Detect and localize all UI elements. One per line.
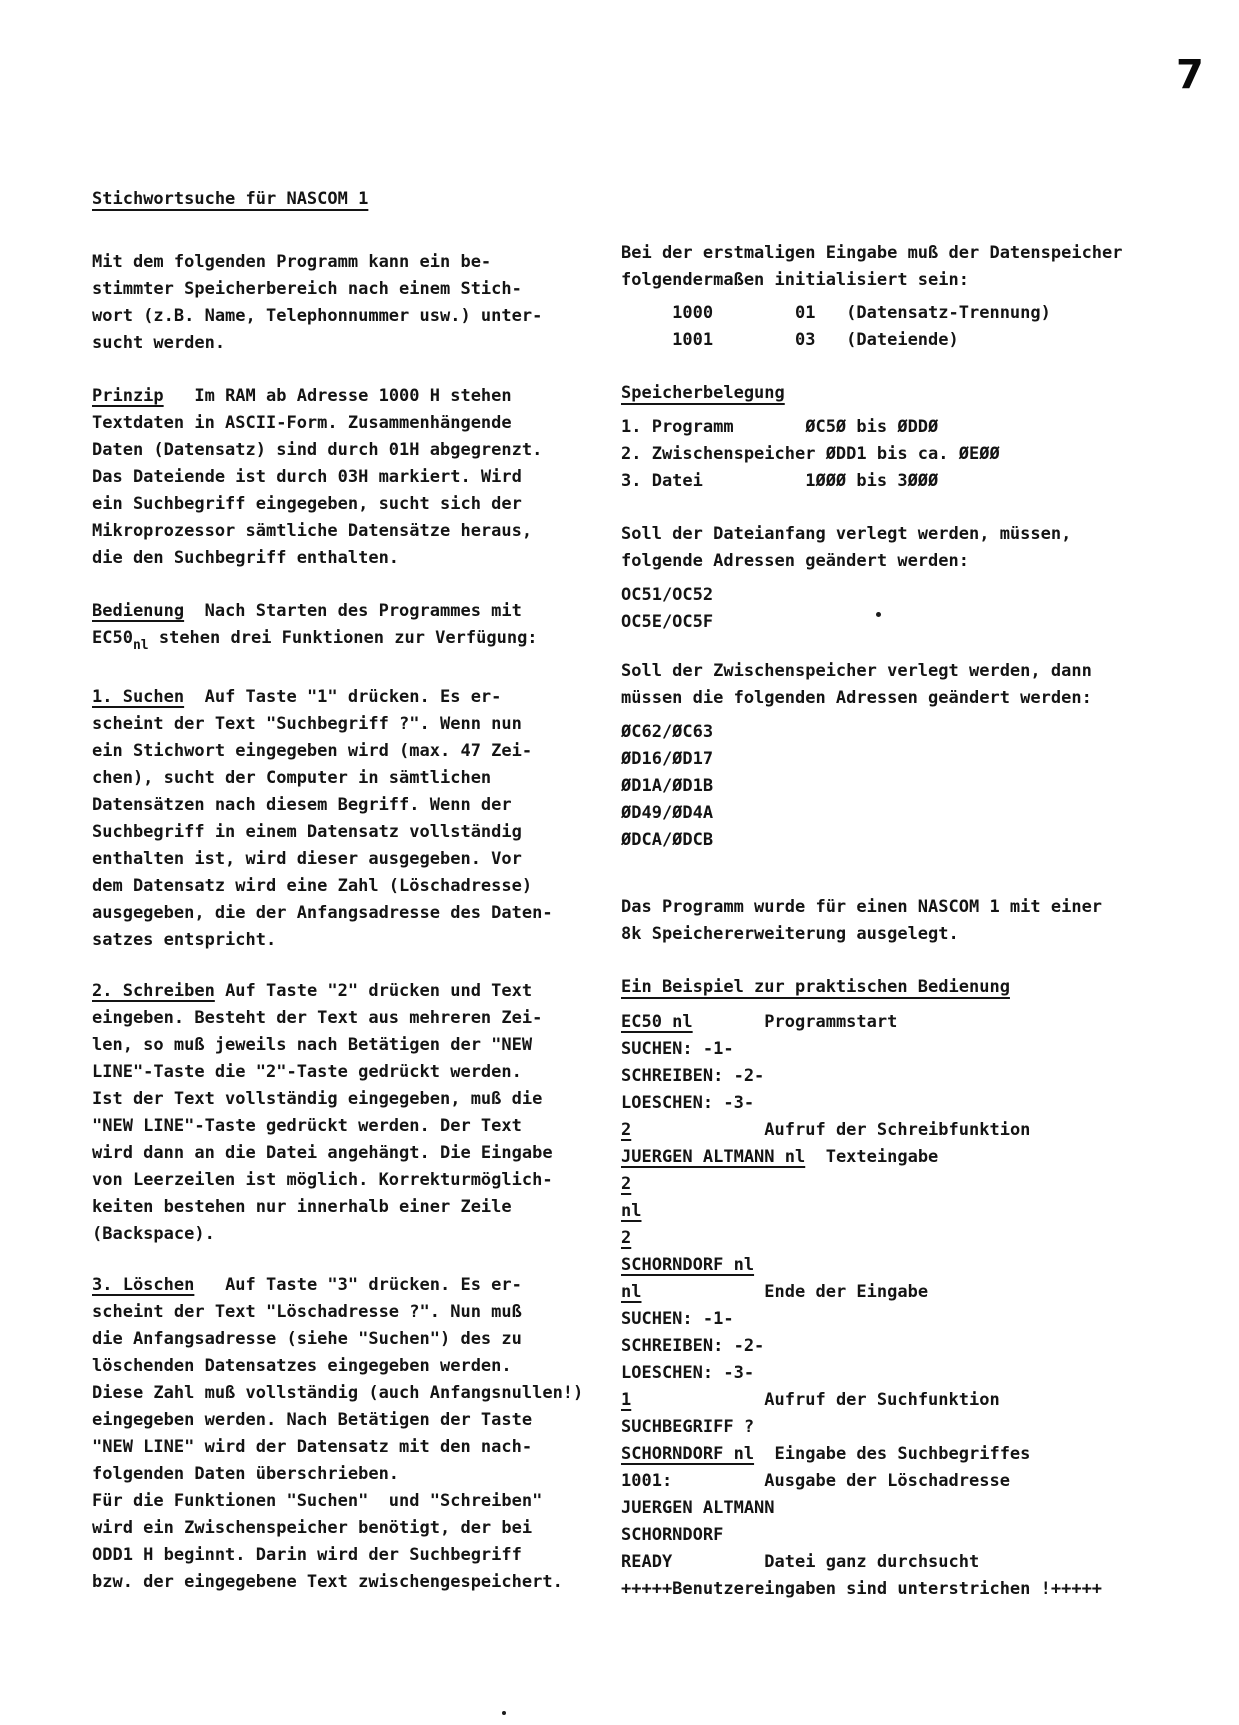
- listing-row: SCHORNDORF nl Eingabe des Suchbegriffes: [621, 1441, 1211, 1468]
- text-line: scheint der Text "Löschadresse ?". Nun m…: [92, 1299, 612, 1326]
- speicher-row: 1. Programm ØC5Ø bis ØDDØ: [621, 414, 1211, 441]
- listing-comment: Ausgabe der Löschadresse: [672, 1471, 1010, 1491]
- stray-mark: [876, 612, 881, 617]
- listing-row: JUERGEN ALTMANN: [621, 1495, 1211, 1522]
- section-lead: 3. Löschen: [92, 1275, 194, 1295]
- text-line: Suchbegriff in einem Datensatz vollständ…: [92, 819, 612, 846]
- text-line: stimmter Speicherbereich nach einem Stic…: [92, 276, 612, 303]
- speicher-row: 3. Datei 1ØØØ bis 3ØØØ: [621, 468, 1211, 495]
- text-line: Soll der Dateianfang verlegt werden, müs…: [621, 521, 1211, 548]
- section-first-line: 2. Schreiben Auf Taste "2" drücken und T…: [92, 978, 612, 1005]
- init-table: 1000 01 (Datensatz-Trennung) 1001 03 (Da…: [621, 300, 1211, 354]
- section-lead-rest: Auf Taste "3" drücken. Es er-: [194, 1275, 522, 1295]
- ec50-subscript: nl: [133, 638, 149, 653]
- section-body: scheint der Text "Suchbegriff ?". Wenn n…: [92, 711, 612, 954]
- speicher-rows: 1. Programm ØC5Ø bis ØDDØ2. Zwischenspei…: [621, 414, 1211, 495]
- text-line: LINE"-Taste die "2"-Taste gedrückt werde…: [92, 1059, 612, 1086]
- section-lead: Prinzip: [92, 386, 164, 406]
- text-line: die Anfangsadresse (siehe "Suchen") des …: [92, 1326, 612, 1353]
- listing-row: SUCHEN: -1-: [621, 1036, 1211, 1063]
- listing-user-input: SCHORNDORF nl: [621, 1255, 754, 1275]
- listing-row: nl Ende der Eingabe: [621, 1279, 1211, 1306]
- listing-row: 1 Aufruf der Suchfunktion: [621, 1387, 1211, 1414]
- text-line: folgende Adressen geändert werden:: [621, 548, 1211, 575]
- text-line: eingeben. Besteht der Text aus mehreren …: [92, 1005, 612, 1032]
- listing-output: SUCHBEGRIFF ?: [621, 1417, 754, 1437]
- nascom-note: Das Programm wurde für einen NASCOM 1 mi…: [621, 894, 1211, 948]
- text-line: wird ein Zwischenspeicher benötigt, der …: [92, 1515, 612, 1542]
- text-line: Für die Funktionen "Suchen" und "Schreib…: [92, 1488, 612, 1515]
- text-line: Mikroprozessor sämtliche Datensätze hera…: [92, 518, 612, 545]
- text-line: 8k Speichererweiterung ausgelegt.: [621, 921, 1211, 948]
- text-line: Das Programm wurde für einen NASCOM 1 mi…: [621, 894, 1211, 921]
- section-body: eingeben. Besteht der Text aus mehreren …: [92, 1005, 612, 1248]
- listing-row: READY Datei ganz durchsucht: [621, 1549, 1211, 1576]
- left-heading: Stichwortsuche für NASCOM 1: [92, 186, 612, 213]
- text-line: ausgegeben, die der Anfangsadresse des D…: [92, 900, 612, 927]
- text-line: folgendermaßen initialisiert sein:: [621, 267, 1211, 294]
- listing-row: SUCHBEGRIFF ?: [621, 1414, 1211, 1441]
- listing-row: +++++Benutzereingaben sind unterstrichen…: [621, 1576, 1211, 1603]
- text-line: OC51/OC52: [621, 582, 1211, 609]
- dateianfang-addresses: OC51/OC52OC5E/OC5F: [621, 582, 1211, 636]
- section-lead-rest: Im RAM ab Adresse 1000 H stehen: [164, 386, 512, 406]
- listing-row: EC50 nl Programmstart: [621, 1009, 1211, 1036]
- listing-row: 2 Aufruf der Schreibfunktion: [621, 1117, 1211, 1144]
- stray-mark: [502, 1711, 506, 1715]
- text-line: eingegeben werden. Nach Betätigen der Ta…: [92, 1407, 612, 1434]
- listing-row: LOESCHEN: -3-: [621, 1090, 1211, 1117]
- text-line: ØC62/ØC63: [621, 719, 1211, 746]
- zwischen-intro: Soll der Zwischenspeicher verlegt werden…: [621, 658, 1211, 712]
- text-line: von Leerzeilen ist möglich. Korrekturmög…: [92, 1167, 612, 1194]
- listing-user-input: JUERGEN ALTMANN nl: [621, 1147, 805, 1167]
- text-line: Ist der Text vollständig eingegeben, muß…: [92, 1086, 612, 1113]
- listing-comment: Eingabe des Suchbegriffes: [754, 1444, 1030, 1464]
- text-line: löschenden Datensatzes eingegeben werden…: [92, 1353, 612, 1380]
- text-line: "NEW LINE"-Taste gedrückt werden. Der Te…: [92, 1113, 612, 1140]
- scanned-document-page: 7 Stichwortsuche für NASCOM 1 Mit dem fo…: [0, 0, 1239, 1725]
- listing-comment: Aufruf der Suchfunktion: [631, 1390, 999, 1410]
- text-line: dem Datensatz wird eine Zahl (Löschadres…: [92, 873, 612, 900]
- text-line: scheint der Text "Suchbegriff ?". Wenn n…: [92, 711, 612, 738]
- listing-user-input: nl: [621, 1282, 641, 1302]
- text-line: müssen die folgenden Adressen geändert w…: [621, 685, 1211, 712]
- listing-user-input: 2: [621, 1120, 631, 1140]
- left-column: Stichwortsuche für NASCOM 1 Mit dem folg…: [92, 186, 612, 1596]
- ec50-label: EC50: [92, 628, 133, 648]
- text-line: enthalten ist, wird dieser ausgegeben. V…: [92, 846, 612, 873]
- init-intro: Bei der erstmaligen Eingabe muß der Date…: [621, 240, 1211, 294]
- text-line: keiten bestehen nur innerhalb einer Zeil…: [92, 1194, 612, 1221]
- section-first-line: 1. Suchen Auf Taste "1" drücken. Es er-: [92, 684, 612, 711]
- text-line: wort (z.B. Name, Telephonnummer usw.) un…: [92, 303, 612, 330]
- listing-output: READY: [621, 1552, 672, 1572]
- listing-output: SUCHEN: -1-: [621, 1309, 734, 1329]
- section-lead-rest: Nach Starten des Programmes mit: [184, 601, 522, 621]
- listing-user-input: 2: [621, 1228, 631, 1248]
- listing-comment: Aufruf der Schreibfunktion: [631, 1120, 1030, 1140]
- speicher-heading: Speicherbelegung: [621, 380, 1211, 407]
- beispiel-heading: Ein Beispiel zur praktischen Bedienung: [621, 974, 1211, 1001]
- text-line: Bei der erstmaligen Eingabe muß der Date…: [621, 240, 1211, 267]
- section-lead: 2. Schreiben: [92, 981, 215, 1001]
- section-suchen: 1. Suchen Auf Taste "1" drücken. Es er- …: [92, 684, 612, 954]
- text-line: Daten (Datensatz) sind durch 01H abgegre…: [92, 437, 612, 464]
- section-loeschen: 3. Löschen Auf Taste "3" drücken. Es er-…: [92, 1272, 612, 1596]
- listing-row: SUCHEN: -1-: [621, 1306, 1211, 1333]
- section-lead-rest: Auf Taste "2" drücken und Text: [215, 981, 532, 1001]
- listing-row: SCHREIBEN: -2-: [621, 1333, 1211, 1360]
- text-line: satzes entspricht.: [92, 927, 612, 954]
- listing-user-input: 2: [621, 1174, 631, 1194]
- text-line: (Backspace).: [92, 1221, 612, 1248]
- text-line: Soll der Zwischenspeicher verlegt werden…: [621, 658, 1211, 685]
- listing-user-input: SCHORNDORF nl: [621, 1444, 754, 1464]
- bedienung-line2: EC50nl stehen drei Funktionen zur Verfüg…: [92, 625, 612, 659]
- text-line: "NEW LINE" wird der Datensatz mit den na…: [92, 1434, 612, 1461]
- listing-row: nl: [621, 1198, 1211, 1225]
- section-body: scheint der Text "Löschadresse ?". Nun m…: [92, 1299, 612, 1596]
- listing-output: SCHREIBEN: -2-: [621, 1066, 764, 1086]
- text-line: Mit dem folgenden Programm kann ein be-: [92, 249, 612, 276]
- listing-output: JUERGEN ALTMANN: [621, 1498, 775, 1518]
- intro-paragraph: Mit dem folgenden Programm kann ein be-s…: [92, 249, 612, 357]
- section-bedienung: Bedienung Nach Starten des Programmes mi…: [92, 598, 612, 659]
- text-line: wird dann an die Datei angehängt. Die Ei…: [92, 1140, 612, 1167]
- listing-row: 1001: Ausgabe der Löschadresse: [621, 1468, 1211, 1495]
- listing-comment: Programmstart: [693, 1012, 898, 1032]
- section-first-line: Prinzip Im RAM ab Adresse 1000 H stehen: [92, 383, 612, 410]
- listing-output: LOESCHEN: -3-: [621, 1363, 754, 1383]
- listing-row: 2: [621, 1225, 1211, 1252]
- listing-row: SCHORNDORF: [621, 1522, 1211, 1549]
- section-schreiben: 2. Schreiben Auf Taste "2" drücken und T…: [92, 978, 612, 1248]
- text-line: OC5E/OC5F: [621, 609, 1211, 636]
- text-line: chen), sucht der Computer in sämtlichen: [92, 765, 612, 792]
- section-lead: Bedienung: [92, 601, 184, 621]
- listing-output: SUCHEN: -1-: [621, 1039, 734, 1059]
- text-line: Textdaten in ASCII-Form. Zusammenhängend…: [92, 410, 612, 437]
- listing-output: +++++Benutzereingaben sind unterstrichen…: [621, 1579, 1102, 1599]
- text-line: ØD49/ØD4A: [621, 800, 1211, 827]
- listing-comment: Ende der Eingabe: [641, 1282, 928, 1302]
- section-first-line: 3. Löschen Auf Taste "3" drücken. Es er-: [92, 1272, 612, 1299]
- section-body: Textdaten in ASCII-Form. Zusammenhängend…: [92, 410, 612, 572]
- listing-user-input: EC50 nl: [621, 1012, 693, 1032]
- section-prinzip: Prinzip Im RAM ab Adresse 1000 H stehen …: [92, 383, 612, 572]
- listing-output: 1001:: [621, 1471, 672, 1491]
- listing-output: SCHORNDORF: [621, 1525, 723, 1545]
- listing-row: SCHREIBEN: -2-: [621, 1063, 1211, 1090]
- page-number: 7: [1176, 52, 1204, 98]
- section-first-line: Bedienung Nach Starten des Programmes mi…: [92, 598, 612, 625]
- listing-row: JUERGEN ALTMANN nl Texteingabe: [621, 1144, 1211, 1171]
- listing-output: SCHREIBEN: -2-: [621, 1336, 764, 1356]
- listing-row: SCHORNDORF nl: [621, 1252, 1211, 1279]
- text-line: ØDCA/ØDCB: [621, 827, 1211, 854]
- text-line: Datensätzen nach diesem Begriff. Wenn de…: [92, 792, 612, 819]
- listing-user-input: 1: [621, 1390, 631, 1410]
- init-table-row: 1001 03 (Dateiende): [621, 327, 1211, 354]
- text-line: bzw. der eingegebene Text zwischengespei…: [92, 1569, 612, 1596]
- text-line: ØD1A/ØD1B: [621, 773, 1211, 800]
- right-column: Bei der erstmaligen Eingabe muß der Date…: [621, 240, 1211, 1603]
- text-line: len, so muß jeweils nach Betätigen der "…: [92, 1032, 612, 1059]
- listing-comment: Texteingabe: [805, 1147, 938, 1167]
- text-line: Diese Zahl muß vollständig (auch Anfangs…: [92, 1380, 612, 1407]
- listing-row: 2: [621, 1171, 1211, 1198]
- dateianfang-intro: Soll der Dateianfang verlegt werden, müs…: [621, 521, 1211, 575]
- example-listing: EC50 nl ProgrammstartSUCHEN: -1-SCHREIBE…: [621, 1009, 1211, 1603]
- listing-row: LOESCHEN: -3-: [621, 1360, 1211, 1387]
- listing-user-input: nl: [621, 1201, 641, 1221]
- text-line: folgenden Daten überschrieben.: [92, 1461, 612, 1488]
- bedienung-line2-rest: stehen drei Funktionen zur Verfügung:: [149, 628, 538, 648]
- zwischen-addresses: ØC62/ØC63ØD16/ØD17ØD1A/ØD1BØD49/ØD4AØDCA…: [621, 719, 1211, 854]
- text-line: sucht werden.: [92, 330, 612, 357]
- text-line: ein Suchbegriff eingegeben, sucht sich d…: [92, 491, 612, 518]
- listing-comment: Datei ganz durchsucht: [672, 1552, 979, 1572]
- init-table-row: 1000 01 (Datensatz-Trennung): [621, 300, 1211, 327]
- listing-output: LOESCHEN: -3-: [621, 1093, 754, 1113]
- text-line: die den Suchbegriff enthalten.: [92, 545, 612, 572]
- speicher-row: 2. Zwischenspeicher ØDD1 bis ca. ØEØØ: [621, 441, 1211, 468]
- text-line: ein Stichwort eingegeben wird (max. 47 Z…: [92, 738, 612, 765]
- section-lead-rest: Auf Taste "1" drücken. Es er-: [184, 687, 501, 707]
- text-line: ODD1 H beginnt. Darin wird der Suchbegri…: [92, 1542, 612, 1569]
- text-line: Das Dateiende ist durch 03H markiert. Wi…: [92, 464, 612, 491]
- section-lead: 1. Suchen: [92, 687, 184, 707]
- text-line: ØD16/ØD17: [621, 746, 1211, 773]
